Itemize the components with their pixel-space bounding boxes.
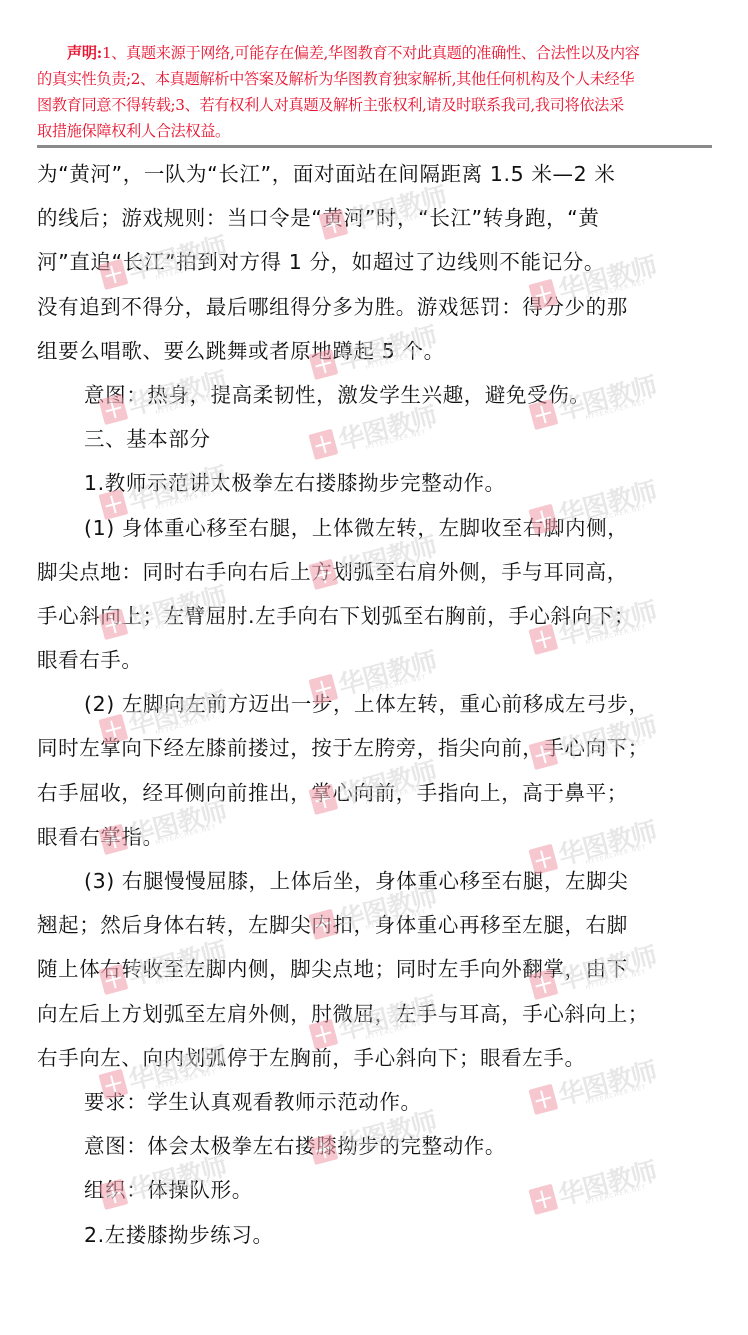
body-line: 向左后上方划弧至左肩外侧，肘微屈，左手与耳高，手心斜向上；: [37, 992, 717, 1036]
declaration-line: 的真实性负责;2、本真题解析中答案及解析为华图教育独家解析,其他任何机构及个人未…: [37, 66, 713, 92]
body-line: 随上体右转收至左脚内侧，脚尖点地；同时左手向外翻掌，由下: [37, 947, 717, 991]
body-line: 手心斜向上；左臂屈肘.左手向右下划弧至右胸前，手心斜向下；: [37, 594, 717, 638]
header-divider: [37, 145, 712, 148]
body-line: 没有追到不得分，最后哪组得分多为胜。游戏惩罚：得分少的那: [37, 285, 717, 329]
body-line: 为“黄河”，一队为“长江”，面对面站在间隔距离 1.5 米—2 米: [37, 152, 717, 196]
step-heading: 1.教师示范讲太极拳左右搂膝拗步完整动作。: [37, 461, 717, 505]
intent-line: 意图：热身，提高柔韧性，激发学生兴趣，避免受伤。: [37, 373, 717, 417]
body-line: 的线后；游戏规则：当口令是“黄河”时，“长江”转身跑，“黄: [37, 196, 717, 240]
body-line: 同时左掌向下经左膝前搂过，按于左胯旁，指尖向前，手心向下；: [37, 726, 717, 770]
document-page: 声明:1、真题来源于网络,可能存在偏差,华图教育不对此真题的准确性、合法性以及内…: [0, 0, 748, 1335]
body-line: 脚尖点地：同时右手向右后上方划弧至右肩外侧，手与耳同高，: [37, 550, 717, 594]
body-line: 右手屈收，经耳侧向前推出，掌心向前，手指向上，高于鼻平；: [37, 771, 717, 815]
declaration-line: 声明:1、真题来源于网络,可能存在偏差,华图教育不对此真题的准确性、合法性以及内…: [37, 40, 713, 66]
step-heading: 2.左搂膝拗步练习。: [37, 1213, 717, 1257]
declaration-line: 图教育同意不得转载;3、若有权利人对真题及解析主张权利,请及时联系我司,我司将依…: [37, 92, 713, 118]
requirement-line: 要求：学生认真观看教师示范动作。: [37, 1080, 717, 1124]
body-line: 组要么唱歌、要么跳舞或者原地蹲起 5 个。: [37, 329, 717, 373]
body-line: 眼看右掌指。: [37, 815, 717, 859]
body-line: 眼看右手。: [37, 638, 717, 682]
body-line: (2) 左脚向左前方迈出一步，上体左转，重心前移成左弓步，: [37, 682, 717, 726]
copyright-declaration: 声明:1、真题来源于网络,可能存在偏差,华图教育不对此真题的准确性、合法性以及内…: [37, 40, 713, 144]
body-line: 翘起；然后身体右转，左脚尖内扣，身体重心再移至左腿，右脚: [37, 903, 717, 947]
body-line: (1) 身体重心移至右腿，上体微左转，左脚收至右脚内侧，: [37, 506, 717, 550]
section-heading: 三、基本部分: [37, 417, 717, 461]
declaration-label: 声明:: [67, 44, 102, 62]
declaration-line: 取措施保障权利人合法权益。: [37, 118, 713, 144]
body-line: 河”直追“长江”拍到对方得 1 分，如超过了边线则不能记分。: [37, 240, 717, 284]
body-line: 右手向左、向内划弧停于左胸前，手心斜向下；眼看左手。: [37, 1036, 717, 1080]
organization-line: 组织：体操队形。: [37, 1168, 717, 1212]
body-line: (3) 右腿慢慢屈膝，上体后坐，身体重心移至右腿，左脚尖: [37, 859, 717, 903]
intent-line: 意图：体会太极拳左右搂膝拗步的完整动作。: [37, 1124, 717, 1168]
lesson-body: 为“黄河”，一队为“长江”，面对面站在间隔距离 1.5 米—2 米 的线后；游戏…: [37, 152, 717, 1257]
